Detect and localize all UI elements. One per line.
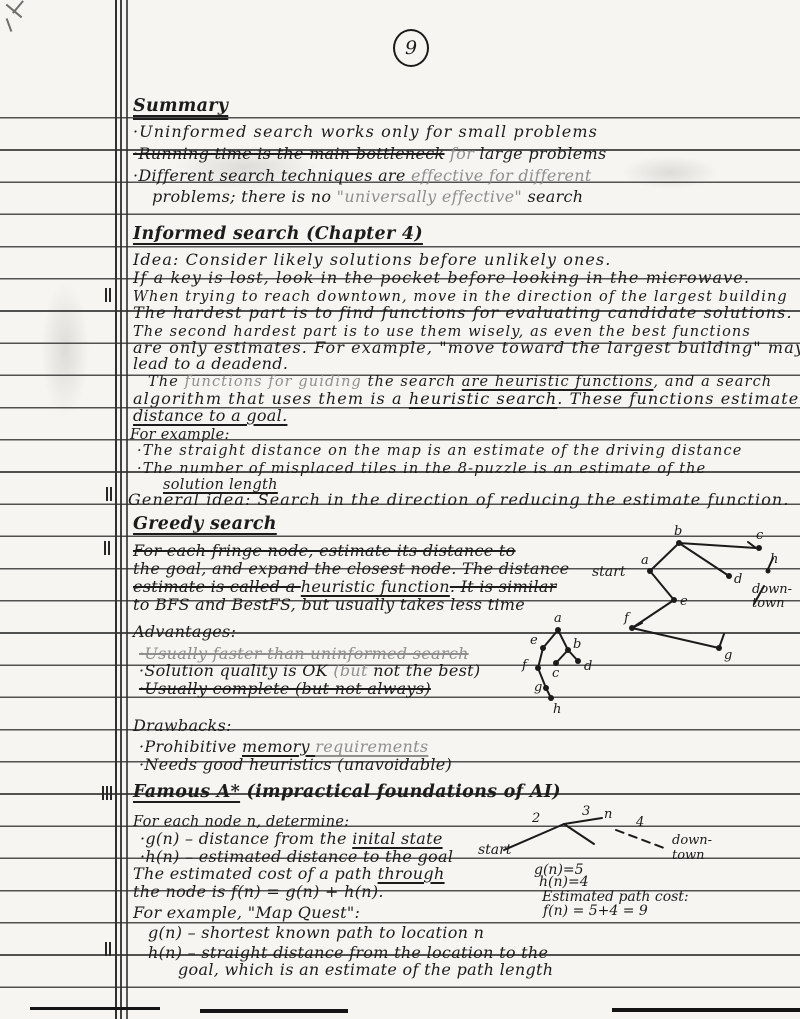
search-tree-sketch: a b c d e f g h: [516, 611, 634, 719]
margin-tick: [106, 487, 108, 501]
summary-bullet-3: ·Different search techniques are effecti…: [133, 166, 592, 186]
greedy-node-b: b: [674, 524, 682, 539]
scan-artifact-bar: [612, 1008, 800, 1012]
greedy-node-c: c: [756, 528, 764, 543]
heuristic-search-dark2: . These functions estimate the: [557, 389, 800, 408]
summary-bullet-3b-dark: problems; there is no: [152, 187, 337, 206]
advantages-bullet-3: ·Usually complete (but not always): [139, 679, 431, 699]
margin-tick: [105, 288, 107, 302]
summary-bullet-2-pencil: for: [445, 144, 480, 163]
page-number: 9: [393, 29, 429, 67]
advantages-bullet-2: ·Solution quality is OK (but not the bes…: [139, 661, 480, 681]
drawbacks-1-underlined: memory: [242, 737, 315, 756]
corner-scribble: [12, 0, 24, 14]
greedy-line-4: to BFS and BestFS, but usually takes les…: [133, 595, 525, 615]
tree-node-d: d: [584, 659, 592, 674]
scan-artifact-bar: [200, 1009, 348, 1013]
greedy-node-e: e: [680, 594, 688, 609]
summary-bullet-3-dark: ·Different search techniques are: [133, 166, 411, 185]
margin-tick: [109, 288, 111, 302]
advantages-2-pencil: (but: [333, 661, 373, 680]
greedy-line-2: the goal, and expand the closest node. T…: [133, 559, 569, 579]
astar-gn-def: ·g(n) – distance from the inital state: [140, 829, 443, 849]
greedy-node-g: g: [724, 648, 732, 663]
margin-tick: [108, 541, 110, 555]
margin-tick: [104, 541, 106, 555]
astar-weight-4: 4: [635, 815, 644, 830]
tree-node-c: c: [552, 666, 560, 681]
greedy-downtown-label-1: down-: [752, 582, 792, 597]
drawbacks-bullet-1: ·Prohibitive memory requirements: [139, 737, 428, 757]
astar-cost-dark: The estimated cost of a path: [133, 864, 378, 883]
drawbacks-bullet-2: ·Needs good heuristics (unavoidable): [139, 755, 452, 775]
informed-hardest: The hardest part is to find functions fo…: [133, 303, 793, 323]
margin-line: [120, 0, 122, 1019]
heuristic-search-underlined: heuristic search: [409, 389, 557, 408]
tree-node-b: b: [573, 637, 581, 652]
heuristic-def-pencil: functions for guiding: [185, 374, 362, 390]
corner-scribble: [6, 18, 13, 32]
advantages-heading: Advantages:: [133, 622, 236, 642]
famous-astar-rest: (impractical foundations of AI): [240, 782, 561, 802]
astar-gn-dark: ·g(n) – distance from the: [140, 829, 352, 848]
summary-bullet-3-pencil: effective for different: [411, 166, 592, 185]
example-straight-distance: ·The straight distance on the map is an …: [137, 441, 742, 461]
astar-inital-state-underlined: inital state: [352, 829, 442, 848]
informed-idea: Idea: Consider likely solutions before u…: [133, 250, 611, 270]
informed-key-example: If a key is lost, look in the pocket bef…: [133, 268, 750, 288]
greedy-start-label: start: [592, 564, 626, 580]
tree-node-h: h: [553, 702, 561, 717]
margin-tick: [105, 942, 107, 956]
informed-heading: Informed search (Chapter 4): [133, 224, 423, 244]
astar-weight-3: 3: [582, 804, 590, 819]
tree-node-e: e: [530, 633, 538, 648]
heuristic-function-underlined: heuristic function: [301, 577, 450, 596]
summary-bullet-2: ·Running time is the main bottleneck for…: [133, 144, 606, 164]
tree-node-f: f: [521, 658, 529, 673]
tree-node-g: g: [534, 680, 542, 695]
summary-bullet-3-cont: problems; there is no "universally effec…: [152, 187, 583, 207]
astar-downtown-1: down-: [672, 833, 712, 848]
summary-bullet-2-end: large problems: [479, 144, 606, 163]
margin-line: [115, 0, 117, 1019]
scanned-notes-page: 9 Summary ·Uninformed search works only …: [0, 0, 800, 1019]
greedy-heading: Greedy search: [133, 514, 277, 534]
astar-path-diagram: start 2 3 n 4 down- town g(n)=5 h(n)=4 E…: [476, 806, 800, 918]
heuristic-def-dark1: The: [148, 374, 185, 390]
drawbacks-heading: Drawbacks:: [133, 716, 232, 736]
tree-node-a: a: [554, 611, 562, 626]
summary-bullet-2-struck: ·Running time is the main bottleneck: [133, 144, 445, 163]
astar-through-underlined: through: [378, 864, 445, 883]
greedy-line-1: For each fringe node, estimate its dista…: [133, 541, 516, 561]
drawbacks-1-dark: ·Prohibitive: [139, 737, 242, 756]
advantages-2-dark: ·Solution quality is OK: [139, 661, 333, 680]
greedy-node-d: d: [734, 572, 742, 587]
informed-deadend: lead to a deadend.: [133, 354, 288, 374]
informed-distance-goal: distance to a goal.: [133, 406, 287, 426]
margin-tick: [110, 487, 112, 501]
astar-mapquest: For example, "Map Quest":: [133, 903, 360, 923]
heuristic-def-dark2: the search: [362, 374, 462, 390]
margin-tick: [102, 786, 104, 800]
scan-artifact-bar: [30, 1007, 160, 1010]
astar-gn-example: g(n) – shortest known path to location n: [148, 923, 484, 943]
astar-node-n: n: [604, 807, 612, 822]
astar-hn-example-cont: goal, which is an estimate of the path l…: [178, 960, 553, 980]
greedy-node-a: a: [641, 553, 649, 568]
astar-start-label: start: [478, 842, 512, 858]
margin-tick: [106, 786, 108, 800]
greedy-line-3: estimate is called a heuristic function.…: [133, 577, 557, 597]
astar-cost-line: The estimated cost of a path through: [133, 864, 445, 884]
summary-heading: Summary: [133, 96, 228, 116]
greedy-line-3a: estimate is called a: [133, 577, 301, 596]
summary-bullet-1: ·Uninformed search works only for small …: [133, 122, 598, 142]
greedy-node-h: h: [770, 552, 778, 567]
heuristic-functions-underlined: are heuristic functions: [462, 374, 654, 390]
famous-astar-underlined: Famous A*: [133, 782, 240, 802]
famous-astar-heading: Famous A* (impractical foundations of AI…: [133, 782, 561, 802]
astar-formula: the node is f(n) = g(n) + h(n).: [133, 882, 384, 902]
margin-tick: [110, 786, 112, 800]
page-number-value: 9: [405, 37, 417, 59]
astar-hn-value: h(n)=4: [539, 874, 589, 890]
summary-bullet-3b-end: search: [527, 187, 583, 206]
summary-bullet-3b-pencil: "universally effective": [337, 187, 528, 206]
astar-weight-2: 2: [531, 811, 540, 826]
margin-tick: [109, 942, 111, 956]
greedy-line-3b: . It is similar: [450, 577, 557, 596]
astar-cost-value: f(n) = 5+4 = 9: [542, 903, 648, 919]
astar-downtown-2: town: [672, 848, 705, 863]
advantages-2-end: not the best): [373, 661, 480, 680]
greedy-downtown-label-2: town: [752, 596, 785, 611]
heuristic-def-dark3: , and a search: [653, 374, 772, 390]
drawbacks-1-pencil: requirements: [315, 737, 428, 756]
